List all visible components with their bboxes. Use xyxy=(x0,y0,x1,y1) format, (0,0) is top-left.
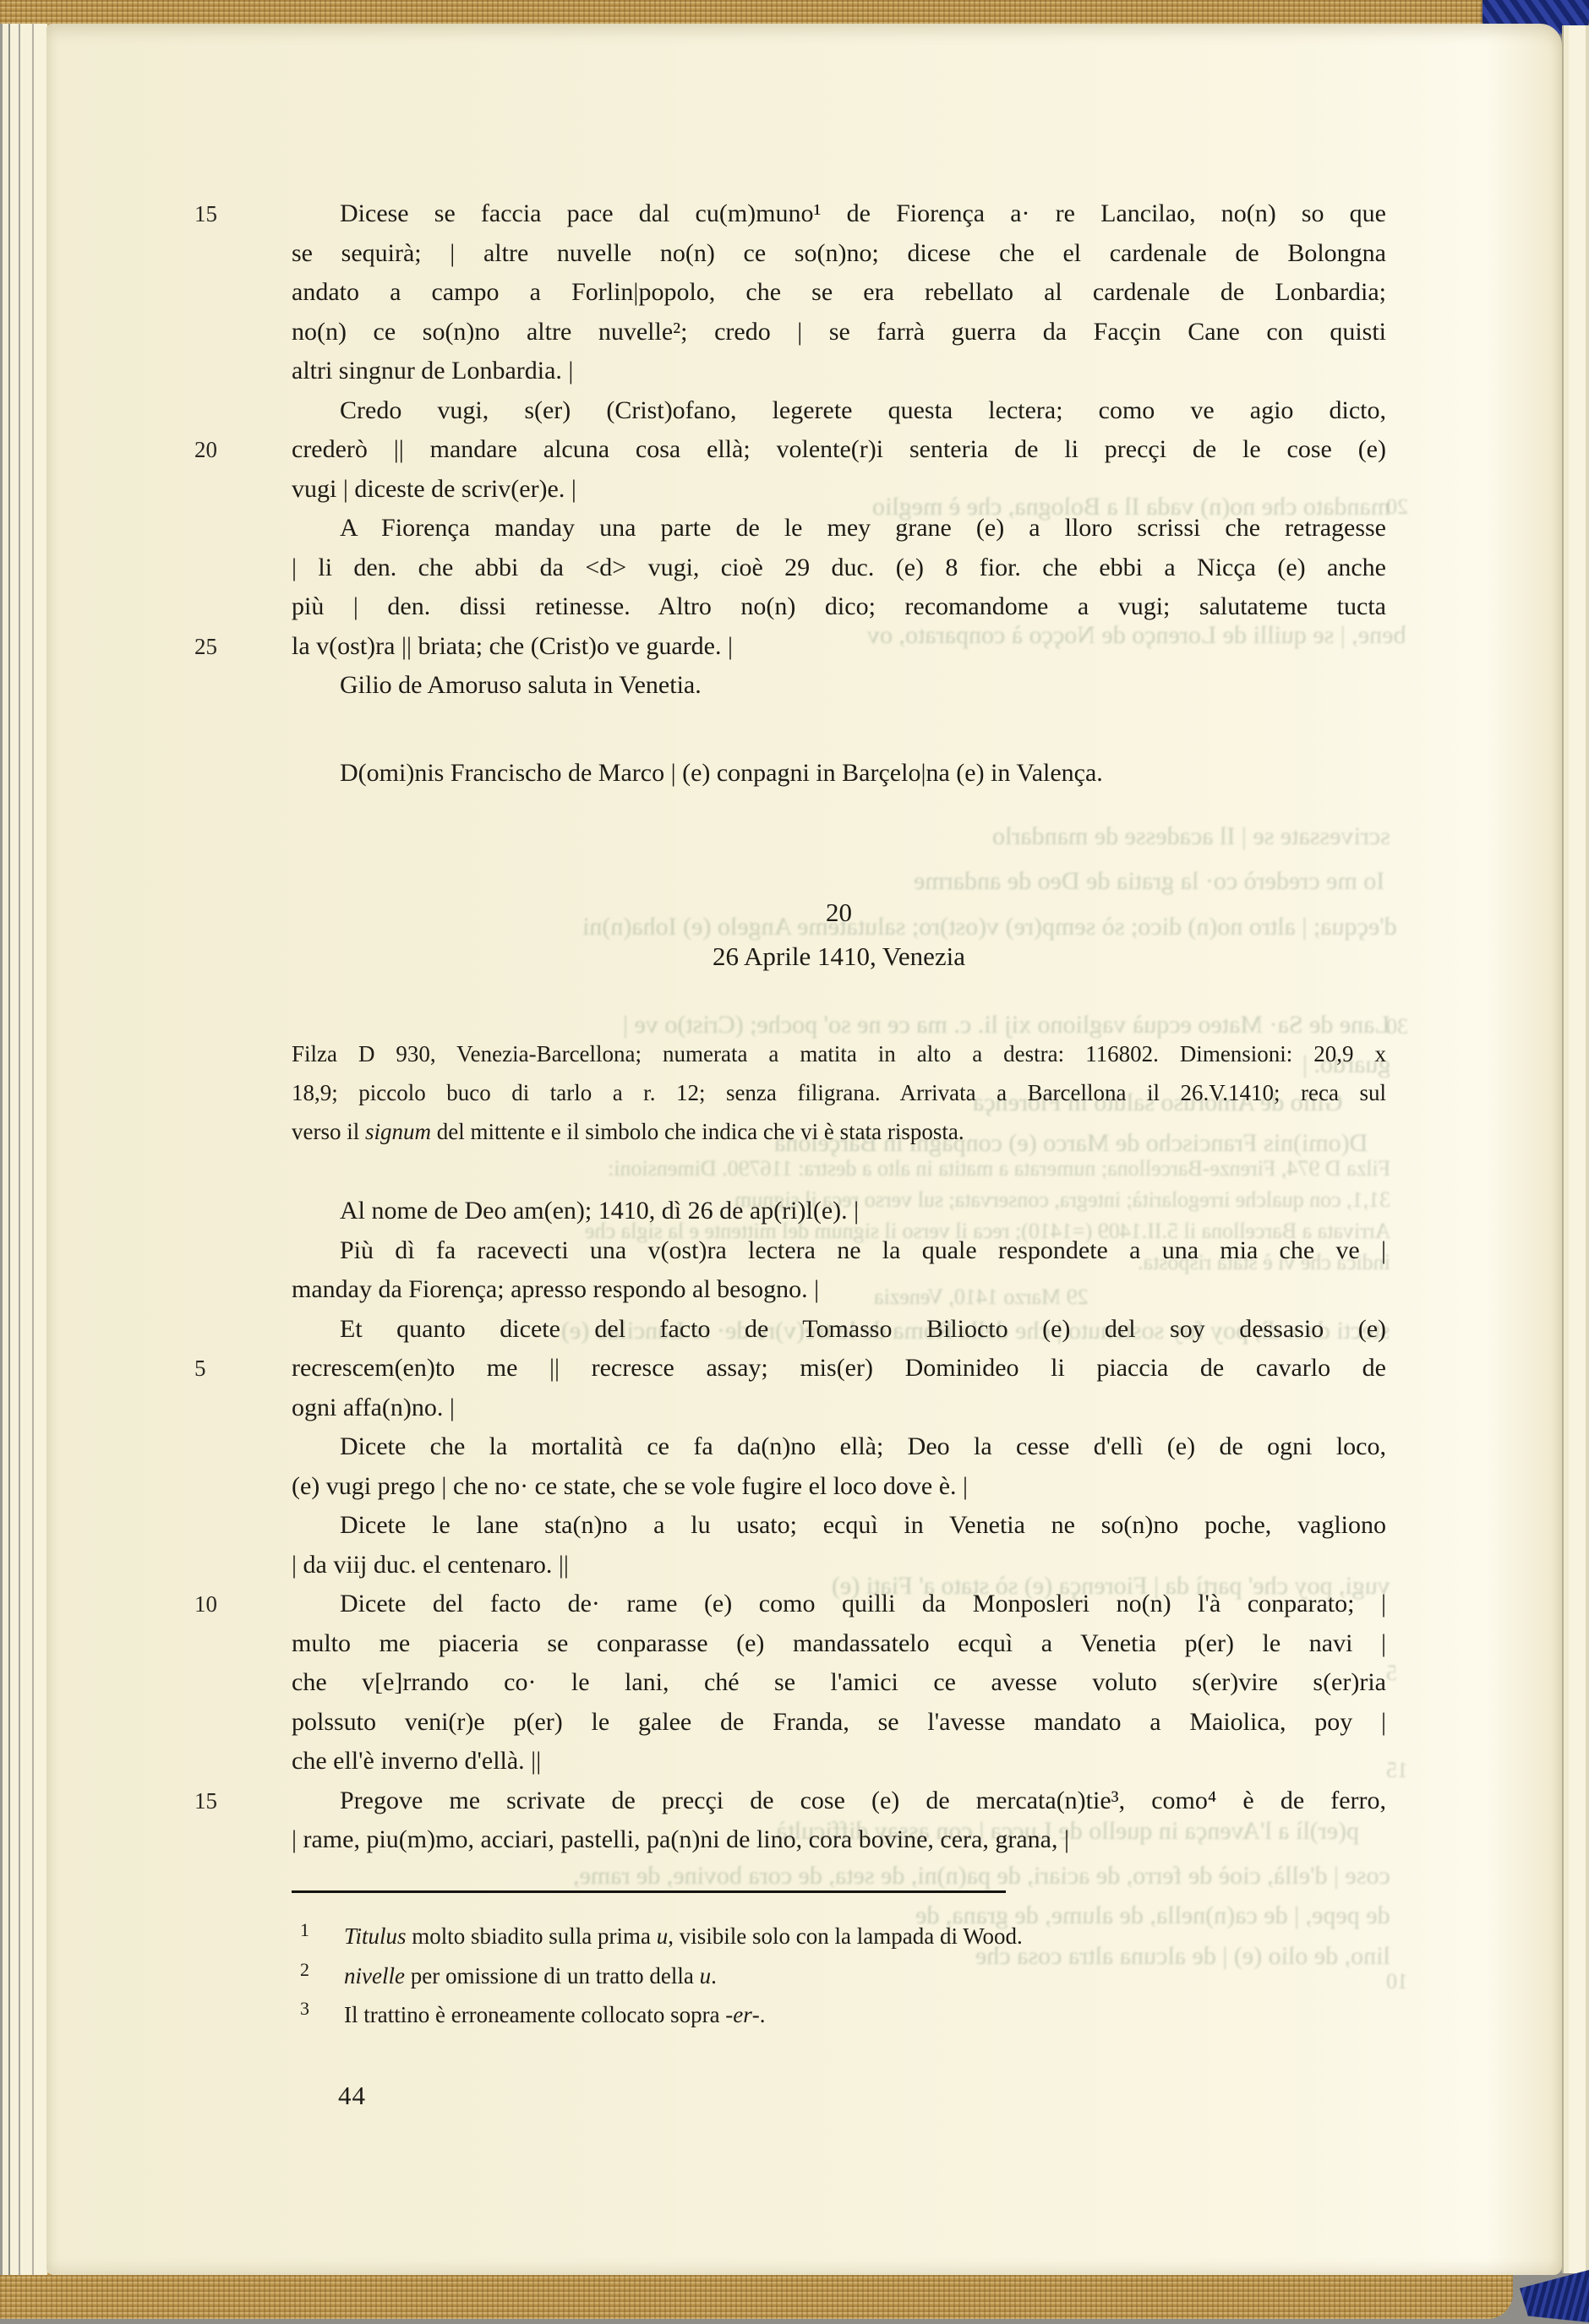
text-line: 18,9; piccolo buco di tarlo a r. 12; sen… xyxy=(292,1073,1386,1112)
text-line: Gilio de Amoruso saluta in Venetia. xyxy=(292,666,1386,706)
footnotes: 1Titulus molto sbiadito sulla prima u, v… xyxy=(292,1917,1386,2035)
letter-body: Al nome de Deo am(en); 1410, dì 26 de ap… xyxy=(292,1192,1386,1860)
margin-line-number: 5 xyxy=(194,1349,264,1388)
text-line: 5recrescem(en)to me || recresce assay; m… xyxy=(292,1349,1386,1388)
book-cover-bottom-edge xyxy=(0,2272,1513,2319)
prev-letter-address: D(omi)nis Francischo de Marco | (e) conp… xyxy=(292,754,1386,794)
margin-line-number: 15 xyxy=(194,194,264,234)
text-line: (e) vugi prego | che no· ce state, che s… xyxy=(292,1467,1386,1507)
ghost-line-number: 20 xyxy=(1386,494,1408,520)
text-line: | rame, piu(m)mo, acciari, pastelli, pa(… xyxy=(292,1820,1386,1860)
text-line: 25la v(ost)ra || briata; che (Crist)o ve… xyxy=(292,627,1386,667)
margin-line-number: 10 xyxy=(194,1585,264,1624)
text-line: | li den. che abbi da <d> vugi, cioè 29 … xyxy=(292,548,1386,588)
text-line: manday da Fiorença; apresso respondo al … xyxy=(292,1270,1386,1310)
text-line: A Fiorença manday una parte de le mey gr… xyxy=(292,509,1386,548)
text-line: vugi | diceste de scriv(er)e. | xyxy=(292,470,1386,510)
text-line: se sequirà; | altre nuvelle no(n) ce so(… xyxy=(292,234,1386,274)
ghost-line-number: 15 xyxy=(1386,1758,1408,1783)
text-line: 15Pregove me scrivate de precçi de cose … xyxy=(292,1781,1386,1821)
text-line: altri singnur de Lonbardia. | xyxy=(292,352,1386,391)
next-page-edge xyxy=(1562,25,1589,2273)
footnote: 2nivelle per omissione di un tratto dell… xyxy=(292,1956,1386,1996)
text-line: 10Dicete del facto de· rame (e) como qui… xyxy=(292,1585,1386,1624)
text-line: 15Dicese se faccia pace dal cu(m)muno¹ d… xyxy=(292,194,1386,234)
text-line: | da viij duc. el centenaro. || xyxy=(292,1546,1386,1585)
text-line: che v[e]rrando co· le lani, ché se l'ami… xyxy=(292,1663,1386,1703)
text-line: ogni affa(n)no. | xyxy=(292,1388,1386,1428)
letter-number: 20 xyxy=(292,891,1386,935)
margin-line-number: 15 xyxy=(194,1781,264,1821)
text-line: verso il signum del mittente e il simbol… xyxy=(292,1112,1386,1151)
text-line: Dicete le lane sta(n)no a lu usato; ecqu… xyxy=(292,1506,1386,1546)
text-line: più | den. dissi retinesse. Altro no(n) … xyxy=(292,587,1386,627)
margin-line-number: 20 xyxy=(194,430,264,470)
text-line: che ell'è inverno d'ellà. || xyxy=(292,1742,1386,1781)
margin-line-number: 25 xyxy=(194,627,264,667)
text-line: Filza D 930, Venezia-Barcellona; numerat… xyxy=(292,1034,1386,1073)
page: mandato che no(n) vada Il a Bologna, che… xyxy=(46,24,1562,2275)
ghost-line-number: 5 xyxy=(1386,1661,1397,1686)
text-line: polssuto veni(r)e p(er) le galee de Fran… xyxy=(292,1703,1386,1743)
footnote: 1Titulus molto sbiadito sulla prima u, v… xyxy=(292,1917,1386,1956)
footnote: 3Il trattino è erroneamente collocato so… xyxy=(292,1995,1386,2035)
page-stack-edge xyxy=(0,24,47,2275)
footnote-marker: 1 xyxy=(300,1911,344,1950)
text-line: andato a campo a Forlin|popolo, che se e… xyxy=(292,273,1386,313)
text-line: no(n) ce so(n)no altre nuvelle²; credo |… xyxy=(292,313,1386,352)
text-line: multo me piaceria se conparasse (e) mand… xyxy=(292,1624,1386,1664)
letter-heading: 20 26 Aprile 1410, Venezia xyxy=(292,891,1386,979)
letter-dateline: 26 Aprile 1410, Venezia xyxy=(292,935,1386,979)
text-line: D(omi)nis Francischo de Marco | (e) conp… xyxy=(292,754,1386,794)
footnote-rule xyxy=(292,1890,1006,1893)
footnote-marker: 3 xyxy=(300,1989,344,2029)
footnote-marker: 2 xyxy=(300,1950,344,1990)
ghost-line-number: 30 xyxy=(1386,1014,1408,1039)
page-content: 15Dicese se faccia pace dal cu(m)muno¹ d… xyxy=(292,24,1386,2275)
text-line: Et quanto dicete del facto de Tomasso Bi… xyxy=(292,1310,1386,1350)
apparatus-note: Filza D 930, Venezia-Barcellona; numerat… xyxy=(292,1034,1386,1151)
ghost-line-number: 10 xyxy=(1386,1969,1408,1994)
text-line: Più dì fa racevecti una v(ost)ra lectera… xyxy=(292,1231,1386,1271)
page-number: 44 xyxy=(338,2081,366,2111)
prev-letter-text: 15Dicese se faccia pace dal cu(m)muno¹ d… xyxy=(292,194,1386,706)
text-line: Al nome de Deo am(en); 1410, dì 26 de ap… xyxy=(292,1192,1386,1231)
text-line: Credo vugi, s(er) (Crist)ofano, legerete… xyxy=(292,391,1386,431)
bookmark-tassel xyxy=(1520,2270,1589,2322)
text-line: Dicete che la mortalità ce fa da(n)no el… xyxy=(292,1427,1386,1467)
text-line: 20crederò || mandare alcuna cosa ellà; v… xyxy=(292,430,1386,470)
book-photo: mandato che no(n) vada Il a Bologna, che… xyxy=(0,0,1589,2324)
